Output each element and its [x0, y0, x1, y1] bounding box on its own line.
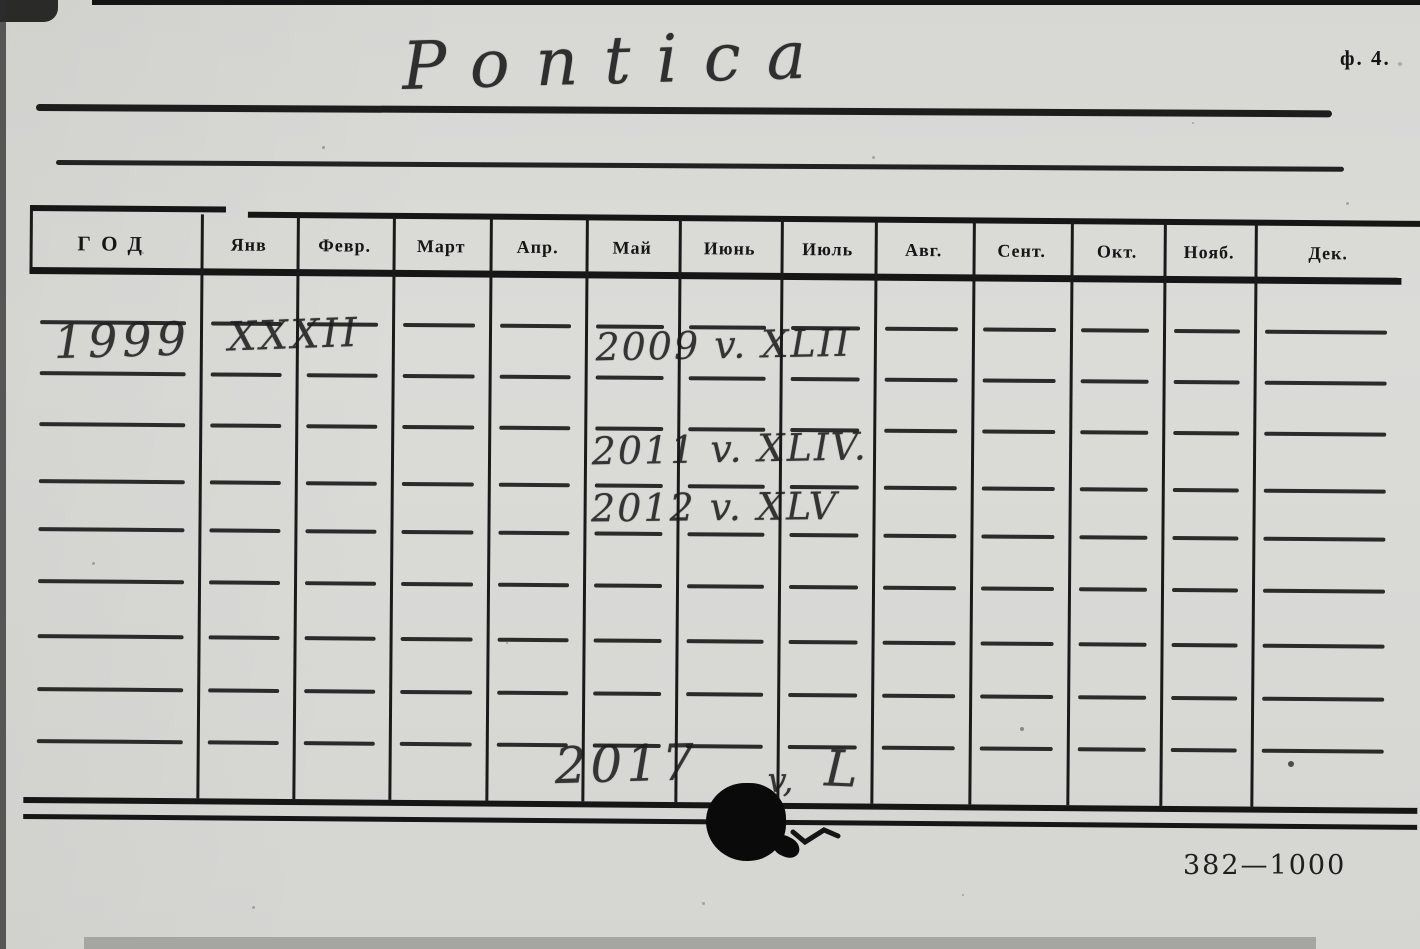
row-cell-dash — [791, 377, 860, 382]
issue-checkin-table: 1999 XXXII 2009 v. XLII 2011 v. XLIV. 20… — [25, 205, 1420, 841]
row-cell-dash — [39, 422, 185, 427]
row-cell-dash — [981, 586, 1054, 591]
row-cell-dash — [1079, 587, 1147, 592]
print-run-code: 382—1000 — [1183, 850, 1346, 881]
row-cell-dash — [401, 530, 473, 535]
column-header-god: ГОД — [30, 221, 201, 266]
row-cell-dash — [982, 486, 1055, 491]
column-divider — [485, 217, 493, 801]
row-cell-dash — [208, 740, 279, 745]
scan-speck — [1192, 122, 1194, 124]
row-cell-dash — [400, 742, 472, 747]
row-cell-dash — [498, 638, 569, 643]
row-cell-dash — [498, 583, 569, 588]
scanned-card-page: Pontica ф. 4. 1999 XXXII 2009 v. XLII 20… — [0, 0, 1420, 949]
row-cell-dash — [306, 424, 377, 429]
column-header-month-8: Авг. — [875, 228, 973, 273]
column-divider — [1250, 223, 1258, 807]
scan-speck — [92, 562, 95, 565]
row-cell-dash — [38, 527, 184, 532]
row-cell-dash — [37, 739, 183, 744]
row-cell-dash — [307, 373, 378, 378]
row-cell-dash — [981, 534, 1054, 539]
scan-speck — [702, 902, 705, 905]
row-cell-dash — [790, 428, 859, 433]
row-cell-dash — [38, 579, 184, 584]
row-cell-dash — [1081, 379, 1149, 384]
column-header-month-7: Июль — [781, 227, 875, 272]
row-cell-dash — [1172, 536, 1238, 541]
row-cell-dash — [1171, 696, 1237, 701]
column-header-month-5: Май — [586, 225, 679, 270]
row-cell-dash — [593, 743, 661, 748]
header-top-border-left — [30, 205, 226, 213]
row-cell-dash — [1262, 749, 1384, 754]
row-cell-dash — [38, 634, 184, 639]
column-divider — [388, 216, 396, 800]
row-cell-dash — [594, 531, 662, 536]
column-header-month-12: Дек. — [1254, 231, 1401, 276]
row-cell-dash — [499, 483, 570, 488]
scan-speck — [322, 146, 325, 149]
row-cell-dash — [1263, 644, 1385, 649]
row-cell-dash — [789, 533, 858, 538]
row-cell-dash — [594, 638, 662, 643]
row-cell-dash — [500, 375, 571, 380]
row-cell-dash — [499, 426, 570, 431]
row-cell-dash — [403, 374, 475, 379]
scan-edge-left — [0, 0, 6, 949]
row-cell-dash — [1265, 381, 1387, 386]
row-cell-dash — [686, 692, 763, 697]
row-cell-dash — [1079, 642, 1147, 647]
row-cell-dash — [210, 480, 281, 485]
row-cell-dash — [983, 327, 1056, 332]
row-cell-dash — [885, 378, 958, 383]
row-cell-dash — [791, 326, 860, 331]
row-cell-dash — [687, 532, 764, 537]
scan-speck — [1398, 62, 1402, 66]
row-cell-dash — [1172, 588, 1238, 593]
row-cell-dash — [305, 581, 376, 586]
row-cell-dash — [209, 580, 280, 585]
row-cell-dash — [305, 636, 376, 641]
row-cell-dash — [595, 483, 663, 488]
row-cell-dash — [307, 322, 378, 327]
row-cell-dash — [1172, 643, 1238, 648]
title-underline — [36, 104, 1332, 117]
row-cell-dash — [980, 746, 1053, 751]
row-cell-dash — [1173, 488, 1239, 493]
row-cell-dash — [596, 324, 664, 329]
row-cell-dash — [687, 584, 764, 589]
scan-speck — [962, 894, 964, 896]
row-cell-dash — [498, 531, 569, 536]
column-header-month-10: Окт. — [1070, 229, 1163, 274]
scan-speck — [1288, 761, 1294, 767]
row-cell-dash — [211, 321, 282, 326]
scan-speck — [252, 906, 255, 909]
row-cell-dash — [209, 528, 280, 533]
row-cell-dash — [981, 641, 1054, 646]
row-cell-dash — [40, 371, 186, 376]
row-cell-dash — [885, 327, 958, 332]
row-cell-dash — [1174, 329, 1240, 334]
column-header-month-4: Апр. — [490, 225, 586, 270]
row-cell-dash — [304, 741, 375, 746]
row-cell-dash — [401, 582, 473, 587]
column-divider — [581, 217, 589, 801]
row-cell-dash — [593, 691, 661, 696]
column-header-month-11: Нояб. — [1163, 230, 1254, 275]
row-cell-dash — [39, 479, 185, 484]
row-cell-dash — [789, 640, 858, 645]
row-cell-dash — [208, 688, 279, 693]
row-cell-dash — [686, 744, 763, 749]
column-header-month-6: Июнь — [679, 226, 781, 271]
row-cell-dash — [403, 323, 475, 328]
column-header-month-3: Март — [393, 224, 490, 269]
row-cell-dash — [1078, 695, 1146, 700]
handwritten-entry-2012: 2012 v. XLV — [591, 484, 839, 530]
row-cell-dash — [305, 529, 376, 534]
row-cell-dash — [1171, 748, 1237, 753]
checkmark-squiggle — [790, 820, 842, 848]
row-cell-dash — [306, 481, 377, 486]
divider-rule — [56, 160, 1344, 172]
scan-edge-bottom — [84, 937, 1316, 949]
row-cell-dash — [689, 376, 766, 381]
row-cell-dash — [500, 324, 571, 329]
row-cell-dash — [884, 486, 957, 491]
journal-title-handwritten: Pontica — [401, 16, 833, 105]
column-header-month-2: Февр. — [297, 223, 393, 268]
row-cell-dash — [1264, 432, 1386, 437]
row-cell-dash — [594, 583, 662, 588]
row-cell-dash — [790, 485, 859, 490]
row-cell-dash — [210, 423, 281, 428]
column-divider — [870, 220, 878, 804]
row-cell-dash — [400, 690, 472, 695]
scan-speck — [142, 252, 144, 254]
row-cell-dash — [688, 484, 765, 489]
column-divider — [1159, 222, 1167, 806]
handwritten-volume-32: XXXII — [227, 310, 361, 361]
row-cell-dash — [1080, 487, 1148, 492]
row-cell-dash — [1079, 535, 1147, 540]
row-cell-dash — [211, 372, 282, 377]
scan-speck — [1346, 202, 1349, 205]
row-cell-dash — [1173, 431, 1239, 436]
row-cell-dash — [1265, 330, 1387, 335]
row-cell-dash — [789, 585, 858, 590]
row-cell-dash — [688, 427, 765, 432]
row-cell-dash — [1264, 489, 1386, 494]
column-divider — [196, 214, 204, 798]
scan-speck — [872, 156, 875, 159]
row-cell-dash — [1262, 697, 1384, 702]
scan-speck — [1020, 727, 1024, 731]
row-cell-dash — [883, 641, 956, 646]
column-divider — [1066, 221, 1074, 805]
row-cell-dash — [497, 743, 568, 748]
column-divider — [968, 220, 976, 804]
row-cell-dash — [1078, 747, 1146, 752]
row-cell-dash — [882, 746, 955, 751]
row-cell-dash — [37, 687, 183, 692]
punch-hole-ink-blot — [706, 783, 786, 861]
column-divider — [292, 215, 300, 799]
form-number-label: ф. 4. — [1340, 46, 1391, 71]
row-cell-dash — [788, 693, 857, 698]
row-cell-dash — [1263, 589, 1385, 594]
row-cell-dash — [402, 425, 474, 430]
row-cell-dash — [209, 635, 280, 640]
scan-corner-artifact — [0, 0, 58, 22]
row-cell-dash — [983, 378, 1056, 383]
row-cell-dash — [595, 426, 663, 431]
row-cell-dash — [980, 694, 1053, 699]
row-cell-dash — [1080, 430, 1148, 435]
row-cell-dash — [883, 534, 956, 539]
row-cell-dash — [689, 325, 766, 330]
row-cell-dash — [788, 745, 857, 750]
row-cell-dash — [1263, 537, 1385, 542]
scan-speck — [506, 642, 508, 644]
row-cell-dash — [1081, 328, 1149, 333]
row-cell-dash — [883, 586, 956, 591]
scan-edge-top — [92, 0, 1420, 5]
row-cell-dash — [401, 637, 473, 642]
column-header-month-1: Янв — [201, 222, 297, 267]
row-cell-dash — [884, 429, 957, 434]
column-header-month-9: Сент. — [972, 228, 1070, 273]
row-cell-dash — [687, 639, 764, 644]
row-cell-dash — [402, 482, 474, 487]
row-cell-dash — [304, 689, 375, 694]
row-cell-dash — [1174, 380, 1240, 385]
row-cell-dash — [596, 375, 664, 380]
row-cell-dash — [982, 429, 1055, 434]
row-cell-dash — [497, 691, 568, 696]
row-cell-dash — [882, 694, 955, 699]
